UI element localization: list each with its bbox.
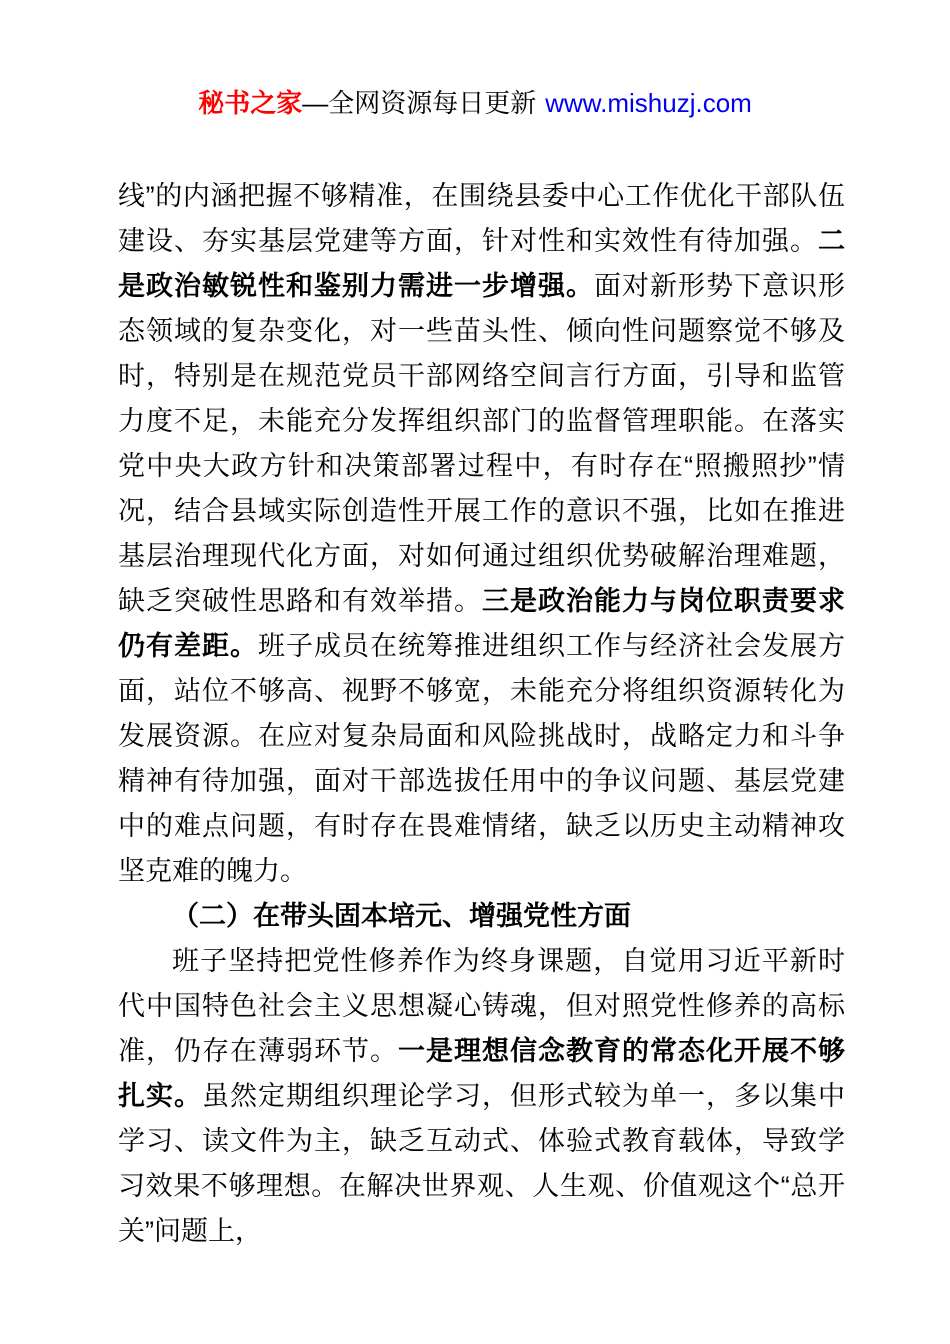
header-dash: — bbox=[302, 88, 328, 118]
document-page: 秘书之家—全网资源每日更新www.mishuzj.com 线”的内涵把握不够精准… bbox=[0, 0, 950, 1344]
document-body: 线”的内涵把握不够精准，在围绕县委中心工作优化干部队伍建设、夯实基层党建等方面，… bbox=[118, 174, 845, 1254]
site-watermark-header: 秘书之家—全网资源每日更新www.mishuzj.com bbox=[0, 86, 950, 120]
text-segment: 面对新形势下意识形态领域的复杂变化，对一些苗头性、倾向性问题察觉不够及时，特别是… bbox=[118, 271, 845, 616]
paragraph-political-shortcomings: 线”的内涵把握不够精准，在围绕县委中心工作优化干部队伍建设、夯实基层党建等方面，… bbox=[118, 174, 845, 894]
text-segment: 班子成员在统筹推进组织工作与经济社会发展方面，站位不够高、视野不够宽，未能充分将… bbox=[118, 631, 845, 886]
paragraph-party-spirit-cultivation: 班子坚持把党性修养作为终身课题，自觉用习近平新时代中国特色社会主义思想凝心铸魂，… bbox=[118, 939, 845, 1254]
text-segment: 线”的内涵把握不够精准，在围绕县委中心工作优化干部队伍建设、夯实基层党建等方面，… bbox=[118, 181, 845, 256]
heading-text: （二）在带头固本培元、增强党性方面 bbox=[172, 901, 631, 931]
brand-text: 秘书之家 bbox=[198, 88, 302, 118]
header-tagline: 全网资源每日更新 bbox=[328, 88, 536, 118]
header-url-link[interactable]: www.mishuzj.com bbox=[545, 88, 752, 118]
section-heading-party-spirit: （二）在带头固本培元、增强党性方面 bbox=[118, 894, 845, 939]
text-segment: 虽然定期组织理论学习，但形式较为单一，多以集中学习、读文件为主，缺乏互动式、体验… bbox=[118, 1081, 845, 1246]
